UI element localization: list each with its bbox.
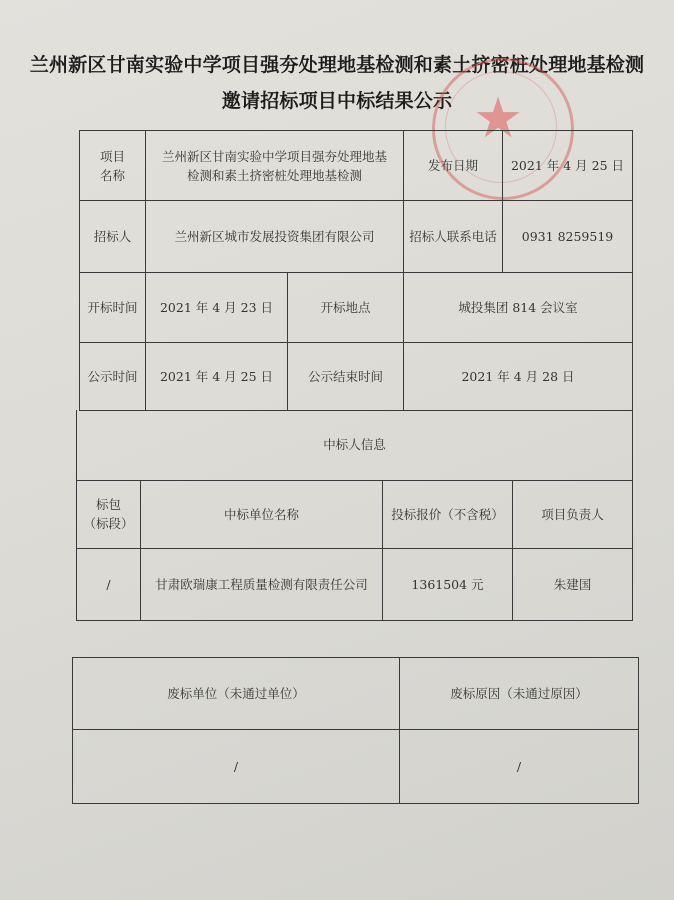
column-header-winner-name: 中标单位名称 (141, 480, 383, 548)
rejected-reason-cell: / (400, 730, 639, 804)
open-place-label: 开标地点 (288, 273, 404, 343)
table-header-row: 标包 （标段） 中标单位名称 投标报价（不含税） 项目负责人 (77, 480, 633, 548)
project-name-label: 项目 名称 (80, 131, 146, 201)
rejected-bids-table: 废标单位（未通过单位） 废标原因（未通过原因） / / (72, 657, 639, 804)
table-row: 招标人 兰州新区城市发展投资集团有限公司 招标人联系电话 0931 825951… (80, 201, 633, 273)
tenderer-phone-value: 0931 8259519 (503, 201, 633, 273)
column-header-project-manager: 项目负责人 (513, 480, 633, 548)
notice-time-value: 2021 年 4 月 25 日 (146, 343, 288, 411)
tenderer-phone-label: 招标人联系电话 (404, 201, 503, 273)
winner-name-cell: 甘肃欧瑞康工程质量检测有限责任公司 (141, 548, 383, 620)
project-name-value: 兰州新区甘南实验中学项目强夯处理地基检测和素土挤密桩处理地基检测 (146, 131, 404, 201)
table-row: 开标时间 2021 年 4 月 23 日 开标地点 城投集团 814 会议室 (80, 273, 633, 343)
tenderer-value: 兰州新区城市发展投资集团有限公司 (146, 201, 404, 273)
column-header-rejected-unit: 废标单位（未通过单位） (73, 658, 400, 730)
table-row: / 甘肃欧瑞康工程质量检测有限责任公司 1361504 元 朱建国 (77, 548, 633, 620)
winner-info-table: 中标人信息 标包 （标段） 中标单位名称 投标报价（不含税） 项目负责人 / 甘… (76, 410, 633, 621)
open-time-label: 开标时间 (80, 273, 146, 343)
document-title-line1: 兰州新区甘南实验中学项目强夯处理地基检测和素土挤密桩处理地基检测 (0, 50, 674, 77)
bid-price-cell: 1361504 元 (383, 548, 513, 620)
publish-date-label: 发布日期 (404, 131, 503, 201)
open-place-value: 城投集团 814 会议室 (404, 273, 633, 343)
document-title-line2: 邀请招标项目中标结果公示 (0, 86, 674, 113)
rejected-unit-cell: / (73, 730, 400, 804)
publish-date-value: 2021 年 4 月 25 日 (503, 131, 633, 201)
column-header-rejected-reason: 废标原因（未通过原因） (400, 658, 639, 730)
winner-section-title: 中标人信息 (77, 410, 633, 480)
column-header-lot: 标包 （标段） (77, 480, 141, 548)
table-row: 项目 名称 兰州新区甘南实验中学项目强夯处理地基检测和素土挤密桩处理地基检测 发… (80, 131, 633, 201)
table-row: 中标人信息 (77, 410, 633, 480)
open-time-value: 2021 年 4 月 23 日 (146, 273, 288, 343)
tenderer-label: 招标人 (80, 201, 146, 273)
table-row: / / (73, 730, 639, 804)
lot-cell: / (77, 548, 141, 620)
notice-time-label: 公示时间 (80, 343, 146, 411)
bid-info-table: 项目 名称 兰州新区甘南实验中学项目强夯处理地基检测和素土挤密桩处理地基检测 发… (79, 130, 633, 411)
column-header-bid-price: 投标报价（不含税） (383, 480, 513, 548)
table-row: 公示时间 2021 年 4 月 25 日 公示结束时间 2021 年 4 月 2… (80, 343, 633, 411)
notice-end-label: 公示结束时间 (288, 343, 404, 411)
table-header-row: 废标单位（未通过单位） 废标原因（未通过原因） (73, 658, 639, 730)
project-manager-cell: 朱建国 (513, 548, 633, 620)
notice-end-value: 2021 年 4 月 28 日 (404, 343, 633, 411)
